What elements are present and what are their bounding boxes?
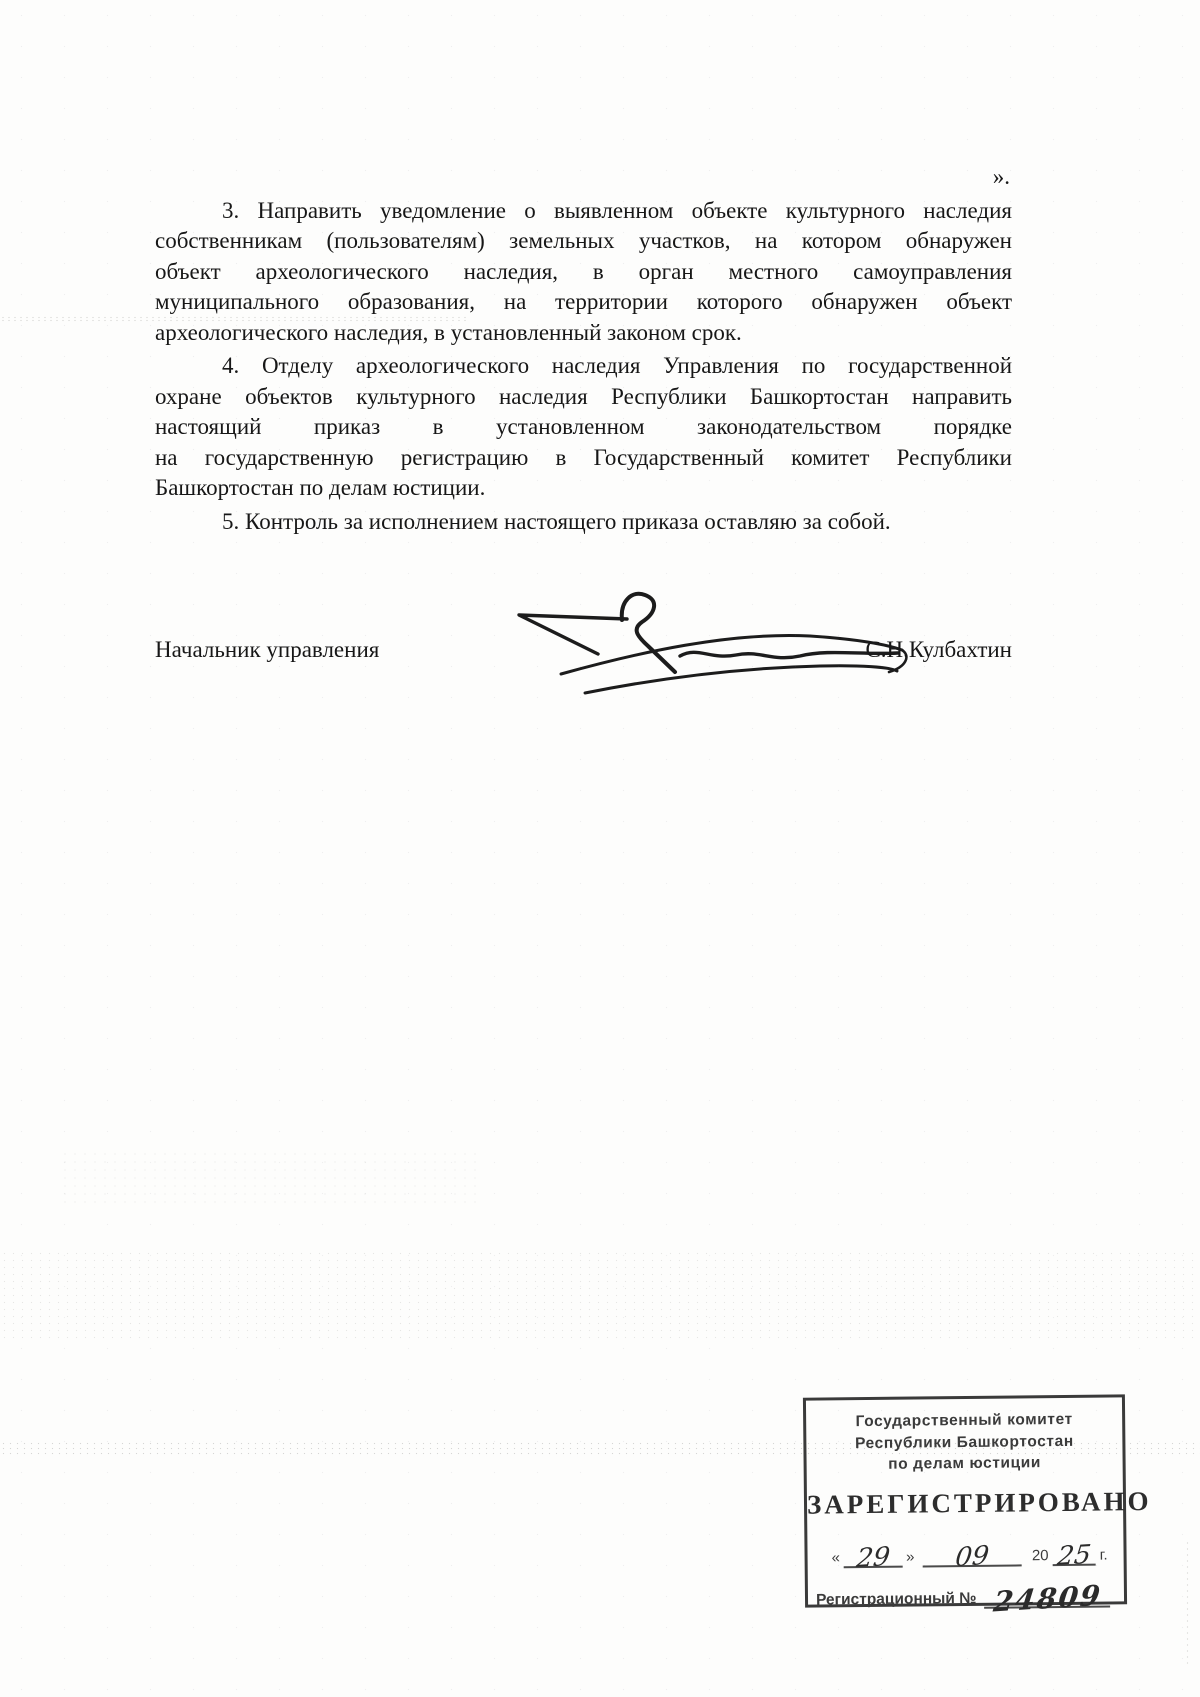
stamp-date-row: « 29 » 09 20 25 г. <box>831 1531 1107 1568</box>
paragraph-line: охране объектов культурного наследия Рес… <box>155 382 1012 413</box>
stamp-org-line: по делам юстиции <box>807 1451 1123 1476</box>
scan-artifact-band <box>60 1150 480 1205</box>
paragraph: 4. Отделу археологического наследия Упра… <box>155 351 1012 504</box>
paragraph-line: собственникам (пользователям) земельных … <box>155 226 1012 257</box>
paragraph-line: 3. Направить уведомление о выявленном об… <box>155 196 1012 227</box>
signature-row: Начальник управления С.Н.Кулбахтин <box>155 637 1012 663</box>
paragraph-line: муниципального образования, на территори… <box>155 287 1012 318</box>
stamp-regnumber-value: 24809 <box>992 1583 1103 1614</box>
registration-stamp: Государственный комитетРеспублики Башкор… <box>803 1394 1127 1607</box>
scan-artifact-band <box>0 1250 1200 1340</box>
closing-quote-mark: ». <box>155 162 1012 193</box>
close-quote-mark: » <box>906 1548 915 1567</box>
stamp-organization: Государственный комитетРеспублики Башкор… <box>806 1408 1123 1476</box>
paragraph-line: объект археологического наследия, в орга… <box>155 257 1012 288</box>
stamp-registered-label: ЗАРЕГИСТРИРОВАНО <box>807 1486 1123 1520</box>
handwritten-signature <box>460 545 920 710</box>
paragraph-line: археологического наследия, в установленн… <box>155 318 1012 349</box>
stamp-regnumber-field: 24809 <box>984 1573 1110 1608</box>
stamp-date-day-field: 29 <box>844 1531 903 1568</box>
signatory-title: Начальник управления <box>155 637 379 663</box>
scan-artifact-streak <box>1186 1540 1189 1665</box>
scanned-document-page: ». 3. Направить уведомление о выявленном… <box>0 0 1200 1697</box>
stamp-regnumber-label: Регистрационный № <box>816 1589 977 1610</box>
order-text-block: ». 3. Направить уведомление о выявленном… <box>155 162 1012 537</box>
paragraph-line: настоящий приказ в установленном законод… <box>155 412 1012 443</box>
paragraph: 5. Контроль за исполнением настоящего пр… <box>155 507 1012 538</box>
open-quote-mark: « <box>831 1549 840 1568</box>
paragraph-line: Башкортостан по делам юстиции. <box>155 473 1012 504</box>
paragraph-line: 4. Отделу археологического наследия Упра… <box>155 351 1012 382</box>
stamp-year-suffix: г. <box>1100 1546 1108 1565</box>
order-paragraphs: 3. Направить уведомление о выявленном об… <box>155 196 1012 538</box>
stamp-year-prefix: 20 <box>1032 1547 1049 1566</box>
signatory-name: С.Н.Кулбахтин <box>865 637 1012 663</box>
stamp-date-year-field: 25 <box>1052 1529 1096 1565</box>
stamp-date-year: 25 <box>1056 1542 1092 1568</box>
stamp-regnumber-row: Регистрационный № 24809 <box>816 1575 1110 1610</box>
stamp-date-month: 09 <box>954 1543 990 1569</box>
paragraph: 3. Направить уведомление о выявленном об… <box>155 196 1012 349</box>
paragraph-line: на государственную регистрацию в Государ… <box>155 443 1012 474</box>
paragraph-line: 5. Контроль за исполнением настоящего пр… <box>155 507 1012 538</box>
stamp-date-month-field: 09 <box>922 1530 1022 1567</box>
stamp-date-day: 29 <box>855 1544 891 1570</box>
